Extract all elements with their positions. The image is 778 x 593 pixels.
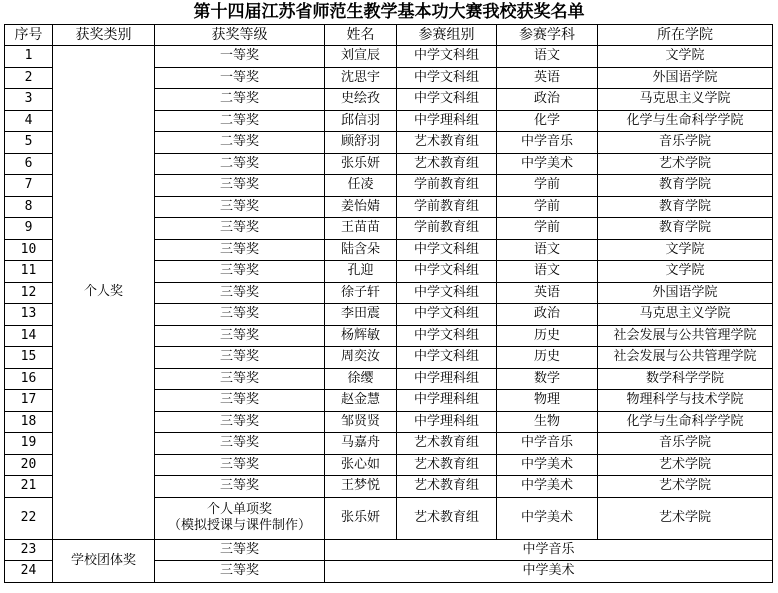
competition-subject: 英语 [497, 67, 598, 89]
competition-subject: 历史 [497, 347, 598, 369]
row-number: 2 [5, 67, 53, 89]
student-name: 赵金慧 [325, 390, 397, 412]
college: 马克思主义学院 [598, 89, 773, 111]
row-number: 19 [5, 433, 53, 455]
award-level: 三等奖 [155, 561, 325, 583]
college: 化学与生命科学学院 [598, 110, 773, 132]
header-level: 获奖等级 [155, 25, 325, 46]
student-name: 沈思宇 [325, 67, 397, 89]
team-subject: 中学美术 [325, 561, 773, 583]
award-level: 三等奖 [155, 347, 325, 369]
row-number: 20 [5, 454, 53, 476]
row-number: 8 [5, 196, 53, 218]
student-name: 邹贤贤 [325, 411, 397, 433]
award-level: 三等奖 [155, 433, 325, 455]
row-number: 3 [5, 89, 53, 111]
college: 艺术学院 [598, 476, 773, 498]
student-name: 邱信羽 [325, 110, 397, 132]
student-name: 徐缨 [325, 368, 397, 390]
college: 外国语学院 [598, 282, 773, 304]
college: 教育学院 [598, 218, 773, 240]
award-level: 三等奖 [155, 218, 325, 240]
student-name: 史绘孜 [325, 89, 397, 111]
award-level: 三等奖 [155, 539, 325, 561]
student-name: 张乐妍 [325, 497, 397, 539]
competition-group: 艺术教育组 [397, 497, 497, 539]
award-level: 三等奖 [155, 411, 325, 433]
competition-subject: 语文 [497, 46, 598, 68]
award-level: 三等奖 [155, 390, 325, 412]
row-number: 5 [5, 132, 53, 154]
college: 物理科学与技术学院 [598, 390, 773, 412]
college: 化学与生命科学学院 [598, 411, 773, 433]
student-name: 王苗苗 [325, 218, 397, 240]
college: 社会发展与公共管理学院 [598, 347, 773, 369]
college: 数学科学学院 [598, 368, 773, 390]
award-level: 三等奖 [155, 454, 325, 476]
competition-subject: 中学音乐 [497, 132, 598, 154]
competition-group: 中学理科组 [397, 110, 497, 132]
competition-subject: 数学 [497, 368, 598, 390]
row-number: 4 [5, 110, 53, 132]
award-level: 二等奖 [155, 132, 325, 154]
award-level: 一等奖 [155, 46, 325, 68]
competition-group: 中学文科组 [397, 89, 497, 111]
row-number: 9 [5, 218, 53, 240]
competition-group: 艺术教育组 [397, 433, 497, 455]
award-level: 三等奖 [155, 368, 325, 390]
category-individual: 个人奖 [53, 46, 155, 540]
header-category: 获奖类别 [53, 25, 155, 46]
award-table: 序号 获奖类别 获奖等级 姓名 参赛组别 参赛学科 所在学院 1个人奖一等奖刘宣… [4, 24, 773, 583]
header-row: 序号 获奖类别 获奖等级 姓名 参赛组别 参赛学科 所在学院 [5, 25, 773, 46]
award-level: 三等奖 [155, 261, 325, 283]
row-number: 18 [5, 411, 53, 433]
college: 音乐学院 [598, 132, 773, 154]
student-name: 马嘉舟 [325, 433, 397, 455]
competition-subject: 中学音乐 [497, 433, 598, 455]
student-name: 孔迎 [325, 261, 397, 283]
table-row: 1个人奖一等奖刘宣辰中学文科组语文文学院 [5, 46, 773, 68]
competition-subject: 物理 [497, 390, 598, 412]
row-number: 6 [5, 153, 53, 175]
competition-subject: 语文 [497, 261, 598, 283]
competition-subject: 生物 [497, 411, 598, 433]
row-number: 17 [5, 390, 53, 412]
competition-group: 中学文科组 [397, 282, 497, 304]
award-level: 一等奖 [155, 67, 325, 89]
competition-group: 中学文科组 [397, 325, 497, 347]
college: 外国语学院 [598, 67, 773, 89]
competition-subject: 学前 [497, 175, 598, 197]
competition-group: 学前教育组 [397, 196, 497, 218]
award-level: 三等奖 [155, 282, 325, 304]
competition-group: 中学文科组 [397, 239, 497, 261]
award-level-line1: 个人单项奖 [155, 502, 324, 518]
competition-subject: 英语 [497, 282, 598, 304]
student-name: 顾舒羽 [325, 132, 397, 154]
row-number: 22 [5, 497, 53, 539]
competition-subject: 政治 [497, 89, 598, 111]
header-name: 姓名 [325, 25, 397, 46]
college: 文学院 [598, 239, 773, 261]
category-team: 学校团体奖 [53, 539, 155, 582]
student-name: 杨辉敏 [325, 325, 397, 347]
award-level: 二等奖 [155, 89, 325, 111]
competition-group: 中学理科组 [397, 411, 497, 433]
student-name: 张心如 [325, 454, 397, 476]
student-name: 陆含朵 [325, 239, 397, 261]
competition-subject: 中学美术 [497, 476, 598, 498]
competition-group: 中学文科组 [397, 347, 497, 369]
award-level-line2: （模拟授课与课件制作） [155, 518, 324, 534]
student-name: 周奕汝 [325, 347, 397, 369]
row-number: 1 [5, 46, 53, 68]
row-number: 11 [5, 261, 53, 283]
header-group: 参赛组别 [397, 25, 497, 46]
college: 马克思主义学院 [598, 304, 773, 326]
competition-subject: 学前 [497, 196, 598, 218]
row-number: 14 [5, 325, 53, 347]
row-number: 23 [5, 539, 53, 561]
competition-group: 艺术教育组 [397, 454, 497, 476]
competition-group: 中学理科组 [397, 368, 497, 390]
header-no: 序号 [5, 25, 53, 46]
college: 文学院 [598, 261, 773, 283]
student-name: 姜怡婧 [325, 196, 397, 218]
competition-subject: 中学美术 [497, 497, 598, 539]
college: 教育学院 [598, 175, 773, 197]
award-level: 三等奖 [155, 304, 325, 326]
table-row: 23学校团体奖三等奖中学音乐 [5, 539, 773, 561]
competition-group: 学前教育组 [397, 175, 497, 197]
competition-group: 艺术教育组 [397, 132, 497, 154]
college: 音乐学院 [598, 433, 773, 455]
college: 文学院 [598, 46, 773, 68]
college: 教育学院 [598, 196, 773, 218]
student-name: 李田震 [325, 304, 397, 326]
student-name: 徐子轩 [325, 282, 397, 304]
competition-subject: 中学美术 [497, 454, 598, 476]
college: 艺术学院 [598, 153, 773, 175]
award-level: 二等奖 [155, 110, 325, 132]
award-level: 三等奖 [155, 196, 325, 218]
student-name: 刘宣辰 [325, 46, 397, 68]
competition-group: 中学文科组 [397, 67, 497, 89]
competition-group: 中学文科组 [397, 261, 497, 283]
row-number: 15 [5, 347, 53, 369]
award-level: 二等奖 [155, 153, 325, 175]
college: 艺术学院 [598, 454, 773, 476]
student-name: 王梦悦 [325, 476, 397, 498]
student-name: 任凌 [325, 175, 397, 197]
header-subject: 参赛学科 [497, 25, 598, 46]
competition-group: 艺术教育组 [397, 153, 497, 175]
college: 社会发展与公共管理学院 [598, 325, 773, 347]
award-level: 个人单项奖（模拟授课与课件制作） [155, 497, 325, 539]
competition-subject: 历史 [497, 325, 598, 347]
competition-subject: 化学 [497, 110, 598, 132]
award-level: 三等奖 [155, 325, 325, 347]
row-number: 7 [5, 175, 53, 197]
competition-group: 中学文科组 [397, 304, 497, 326]
competition-group: 学前教育组 [397, 218, 497, 240]
team-subject: 中学音乐 [325, 539, 773, 561]
college: 艺术学院 [598, 497, 773, 539]
row-number: 10 [5, 239, 53, 261]
row-number: 21 [5, 476, 53, 498]
award-level: 三等奖 [155, 476, 325, 498]
document-title: 第十四届江苏省师范生教学基本功大赛我校获奖名单 [0, 2, 778, 22]
competition-group: 中学文科组 [397, 46, 497, 68]
competition-subject: 学前 [497, 218, 598, 240]
competition-subject: 政治 [497, 304, 598, 326]
student-name: 张乐妍 [325, 153, 397, 175]
competition-group: 中学理科组 [397, 390, 497, 412]
row-number: 16 [5, 368, 53, 390]
header-college: 所在学院 [598, 25, 773, 46]
row-number: 12 [5, 282, 53, 304]
competition-subject: 中学美术 [497, 153, 598, 175]
row-number: 24 [5, 561, 53, 583]
row-number: 13 [5, 304, 53, 326]
award-level: 三等奖 [155, 239, 325, 261]
competition-group: 艺术教育组 [397, 476, 497, 498]
competition-subject: 语文 [497, 239, 598, 261]
award-level: 三等奖 [155, 175, 325, 197]
